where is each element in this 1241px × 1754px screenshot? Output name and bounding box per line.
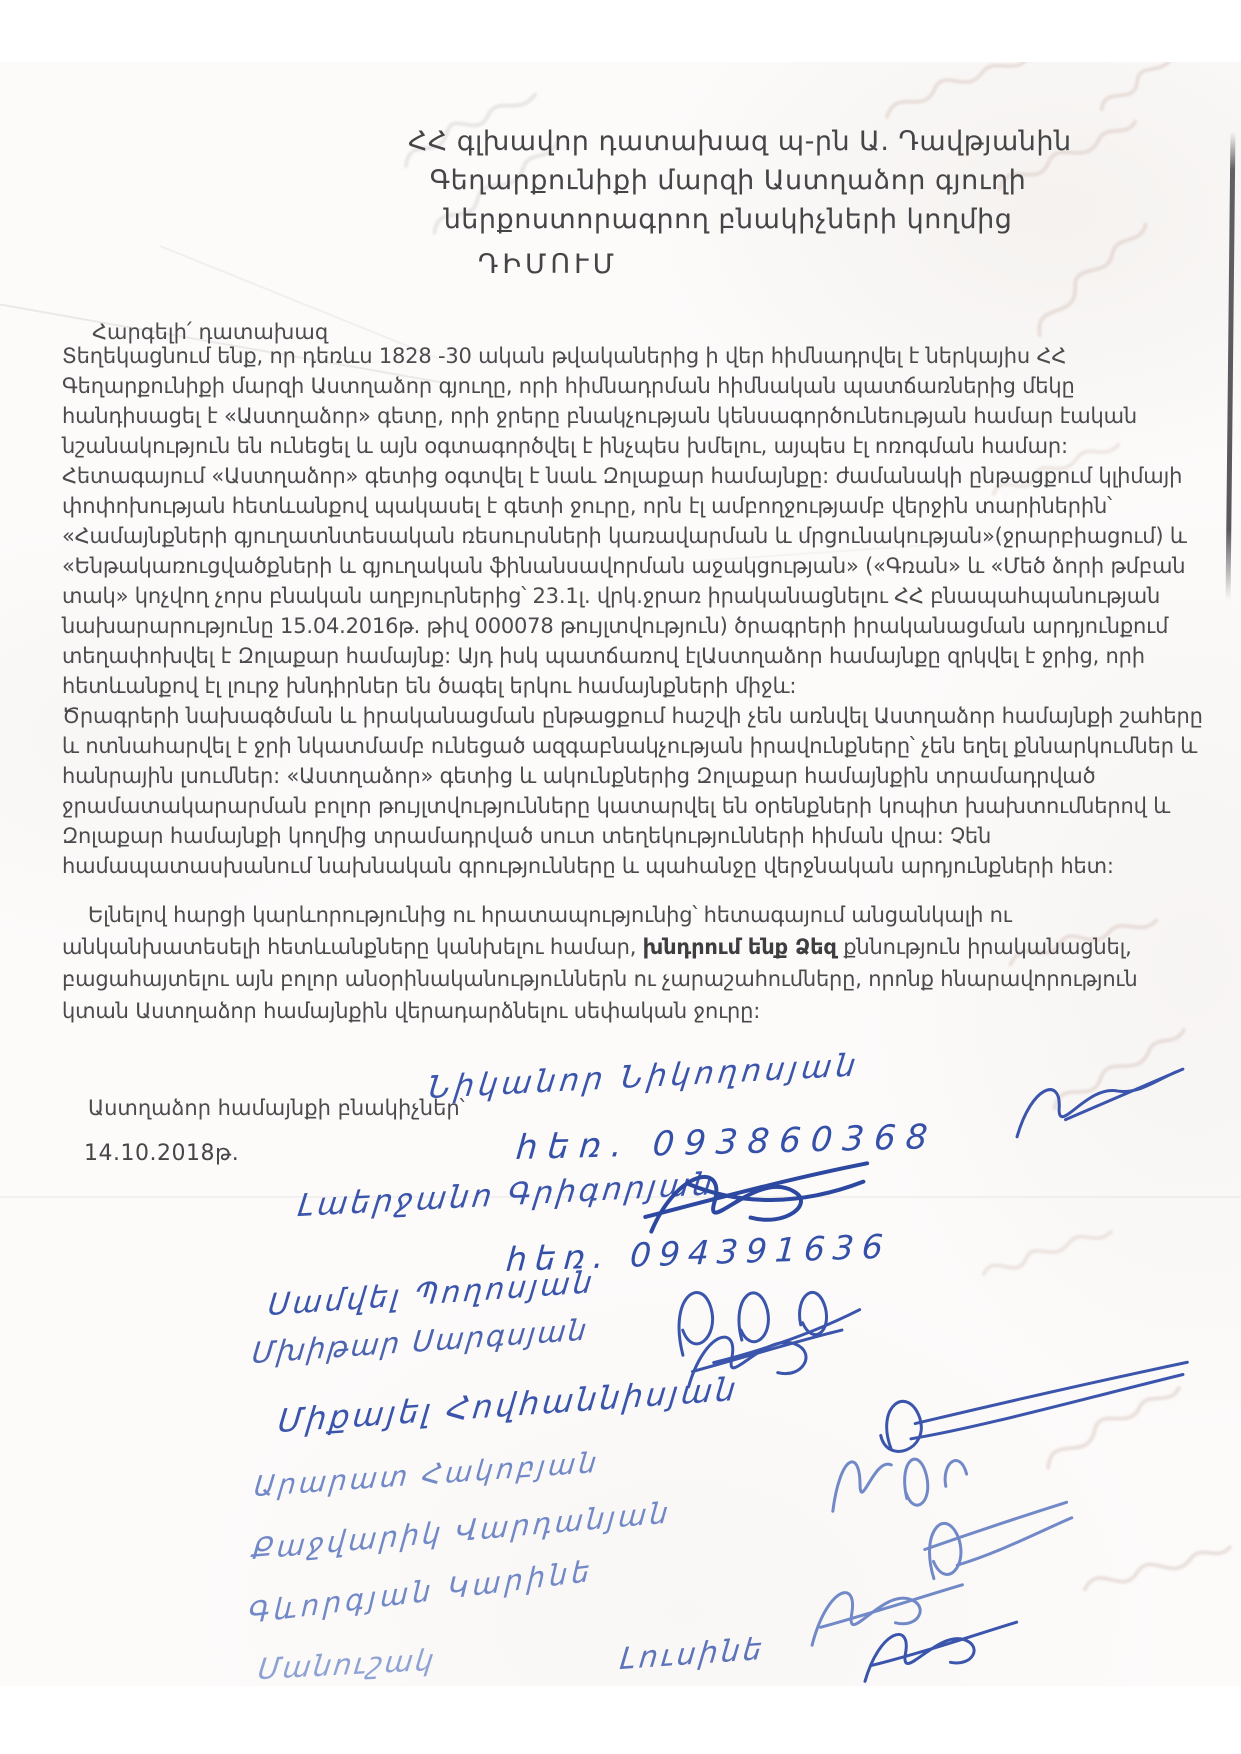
signature-name: Նիկանոր Նիկողոսյան: [426, 1047, 862, 1106]
body-line: Հետագայում «Աստղաձոր» գետից օգտվել է նաև…: [62, 461, 1212, 491]
request-line: Ելնելով հարցի կարևորությունից ու հրատապո…: [62, 899, 1212, 931]
body-line: տակ» կոչվող չորս բնական աղբյուրներից՝ 23…: [62, 581, 1212, 611]
scan-margin-top: [0, 0, 1241, 62]
request-text: անկանխատեսելի հետևանքները կանխելու համար…: [62, 935, 643, 959]
recipient-line: ներքոստորագրող բնակիչների կողմից: [408, 200, 1048, 239]
application-title: ԴԻՄՈՒՄ: [478, 249, 618, 280]
body-line: Զոլաքար համայնքի կողմից տրամադրված սուտ …: [62, 821, 1212, 851]
signature-name: Լուսինե: [618, 1632, 766, 1677]
request-line: բացահայտելու այն բոլոր անօրինականություն…: [62, 963, 1212, 995]
scanned-letter-page: ՀՀ գլխավոր դատախազ պ-րն Ա. Դավթյանին Գեղ…: [0, 0, 1241, 1754]
signature-name: Մխիթար Սարգսյան: [250, 1312, 590, 1370]
body-line: Գեղարքունիքի մարզի Աստղաձոր գյուղը, որի …: [62, 371, 1212, 401]
body-line: տեղափոխվել է Զոլաքար համայնք: Այդ իսկ պա…: [62, 641, 1212, 671]
recipient-line: Գեղարքունիքի մարզի Աստղաձոր գյուղի: [408, 161, 1048, 200]
body-line: «Ենթակառուցվածքների և գյուղական ֆինանսավ…: [62, 551, 1212, 581]
scan-edge-shadow: [1226, 132, 1236, 600]
body-line: հետևանքով էլ լուրջ խնդիրներ են ծագել երկ…: [62, 671, 1212, 701]
bleed-through-mark: [1075, 1533, 1241, 1620]
letter-recipient-block: ՀՀ գլխավոր դատախազ պ-րն Ա. Դավթյանին Գեղ…: [408, 122, 1048, 239]
recipient-line: ՀՀ գլխավոր դատախազ պ-րն Ա. Դավթյանին: [408, 122, 1048, 161]
signers-label: Աստղաձոր համայնքի բնակիչներ՝: [88, 1096, 465, 1120]
request-paragraph: Ելնելով հարցի կարևորությունից ու հրատապո…: [62, 899, 1212, 1027]
body-line: Տեղեկացնում ենք, որ դեռևս 1828 -30 ական …: [62, 341, 1212, 371]
request-line: կտան Աստղաձոր համայնքին վերադարձնելու սե…: [62, 995, 1212, 1027]
letter-date: 14.10.2018թ.: [84, 1141, 239, 1166]
signature-flourish: [1000, 1048, 1199, 1167]
signature-name: Քաջվարիկ Վարդանյան: [250, 1495, 672, 1566]
body-line: նշանակություն են ունեցել և այն օգտագործվ…: [62, 431, 1212, 461]
signature-name: Միքայել Հովհաննիսյան: [276, 1370, 740, 1441]
body-line: ջրամատակարարման բոլոր թույլտվությունները…: [62, 791, 1212, 821]
body-line: հանդիսացել է «Աստղաձոր» գետը, որի ջրերը …: [62, 401, 1212, 431]
body-line: նախարարությունը 15.04.2016թ. թիվ 000078 …: [62, 611, 1212, 641]
body-line: համապատասխանում նախնական գրությունները և…: [62, 851, 1212, 881]
signature-name: Գևորգյան Կարինե: [247, 1553, 594, 1630]
signature-name: Մանուշակ: [256, 1643, 438, 1687]
request-text: քննություն իրականացնել,: [837, 935, 1132, 959]
body-line: Ծրագրերի նախագծման և իրականացման ընթացքո…: [62, 701, 1212, 731]
bleed-through-mark: [974, 1217, 1143, 1309]
body-line: փոփոխության հետևանքով պակասել է գետի ջու…: [62, 491, 1212, 521]
request-line: անկանխատեսելի հետևանքները կանխելու համար…: [62, 931, 1212, 963]
body-line: «Համայնքների գյուղատնտեսական ռեսուրսների…: [62, 521, 1212, 551]
body-line: հանրային լսումներ: «Աստղաձոր» գետից և ակ…: [62, 761, 1212, 791]
signature-name: Արարատ Հակոբյան: [252, 1446, 601, 1503]
request-bold-text: խնդրում ենք Ձեզ: [643, 935, 837, 959]
body-paragraph: Տեղեկացնում ենք, որ դեռևս 1828 -30 ական …: [62, 341, 1212, 881]
scan-margin-bottom: [0, 1686, 1241, 1754]
body-line: և ոտնահարվել է ջրի նկատմամբ ունեցած ազգա…: [62, 731, 1212, 761]
